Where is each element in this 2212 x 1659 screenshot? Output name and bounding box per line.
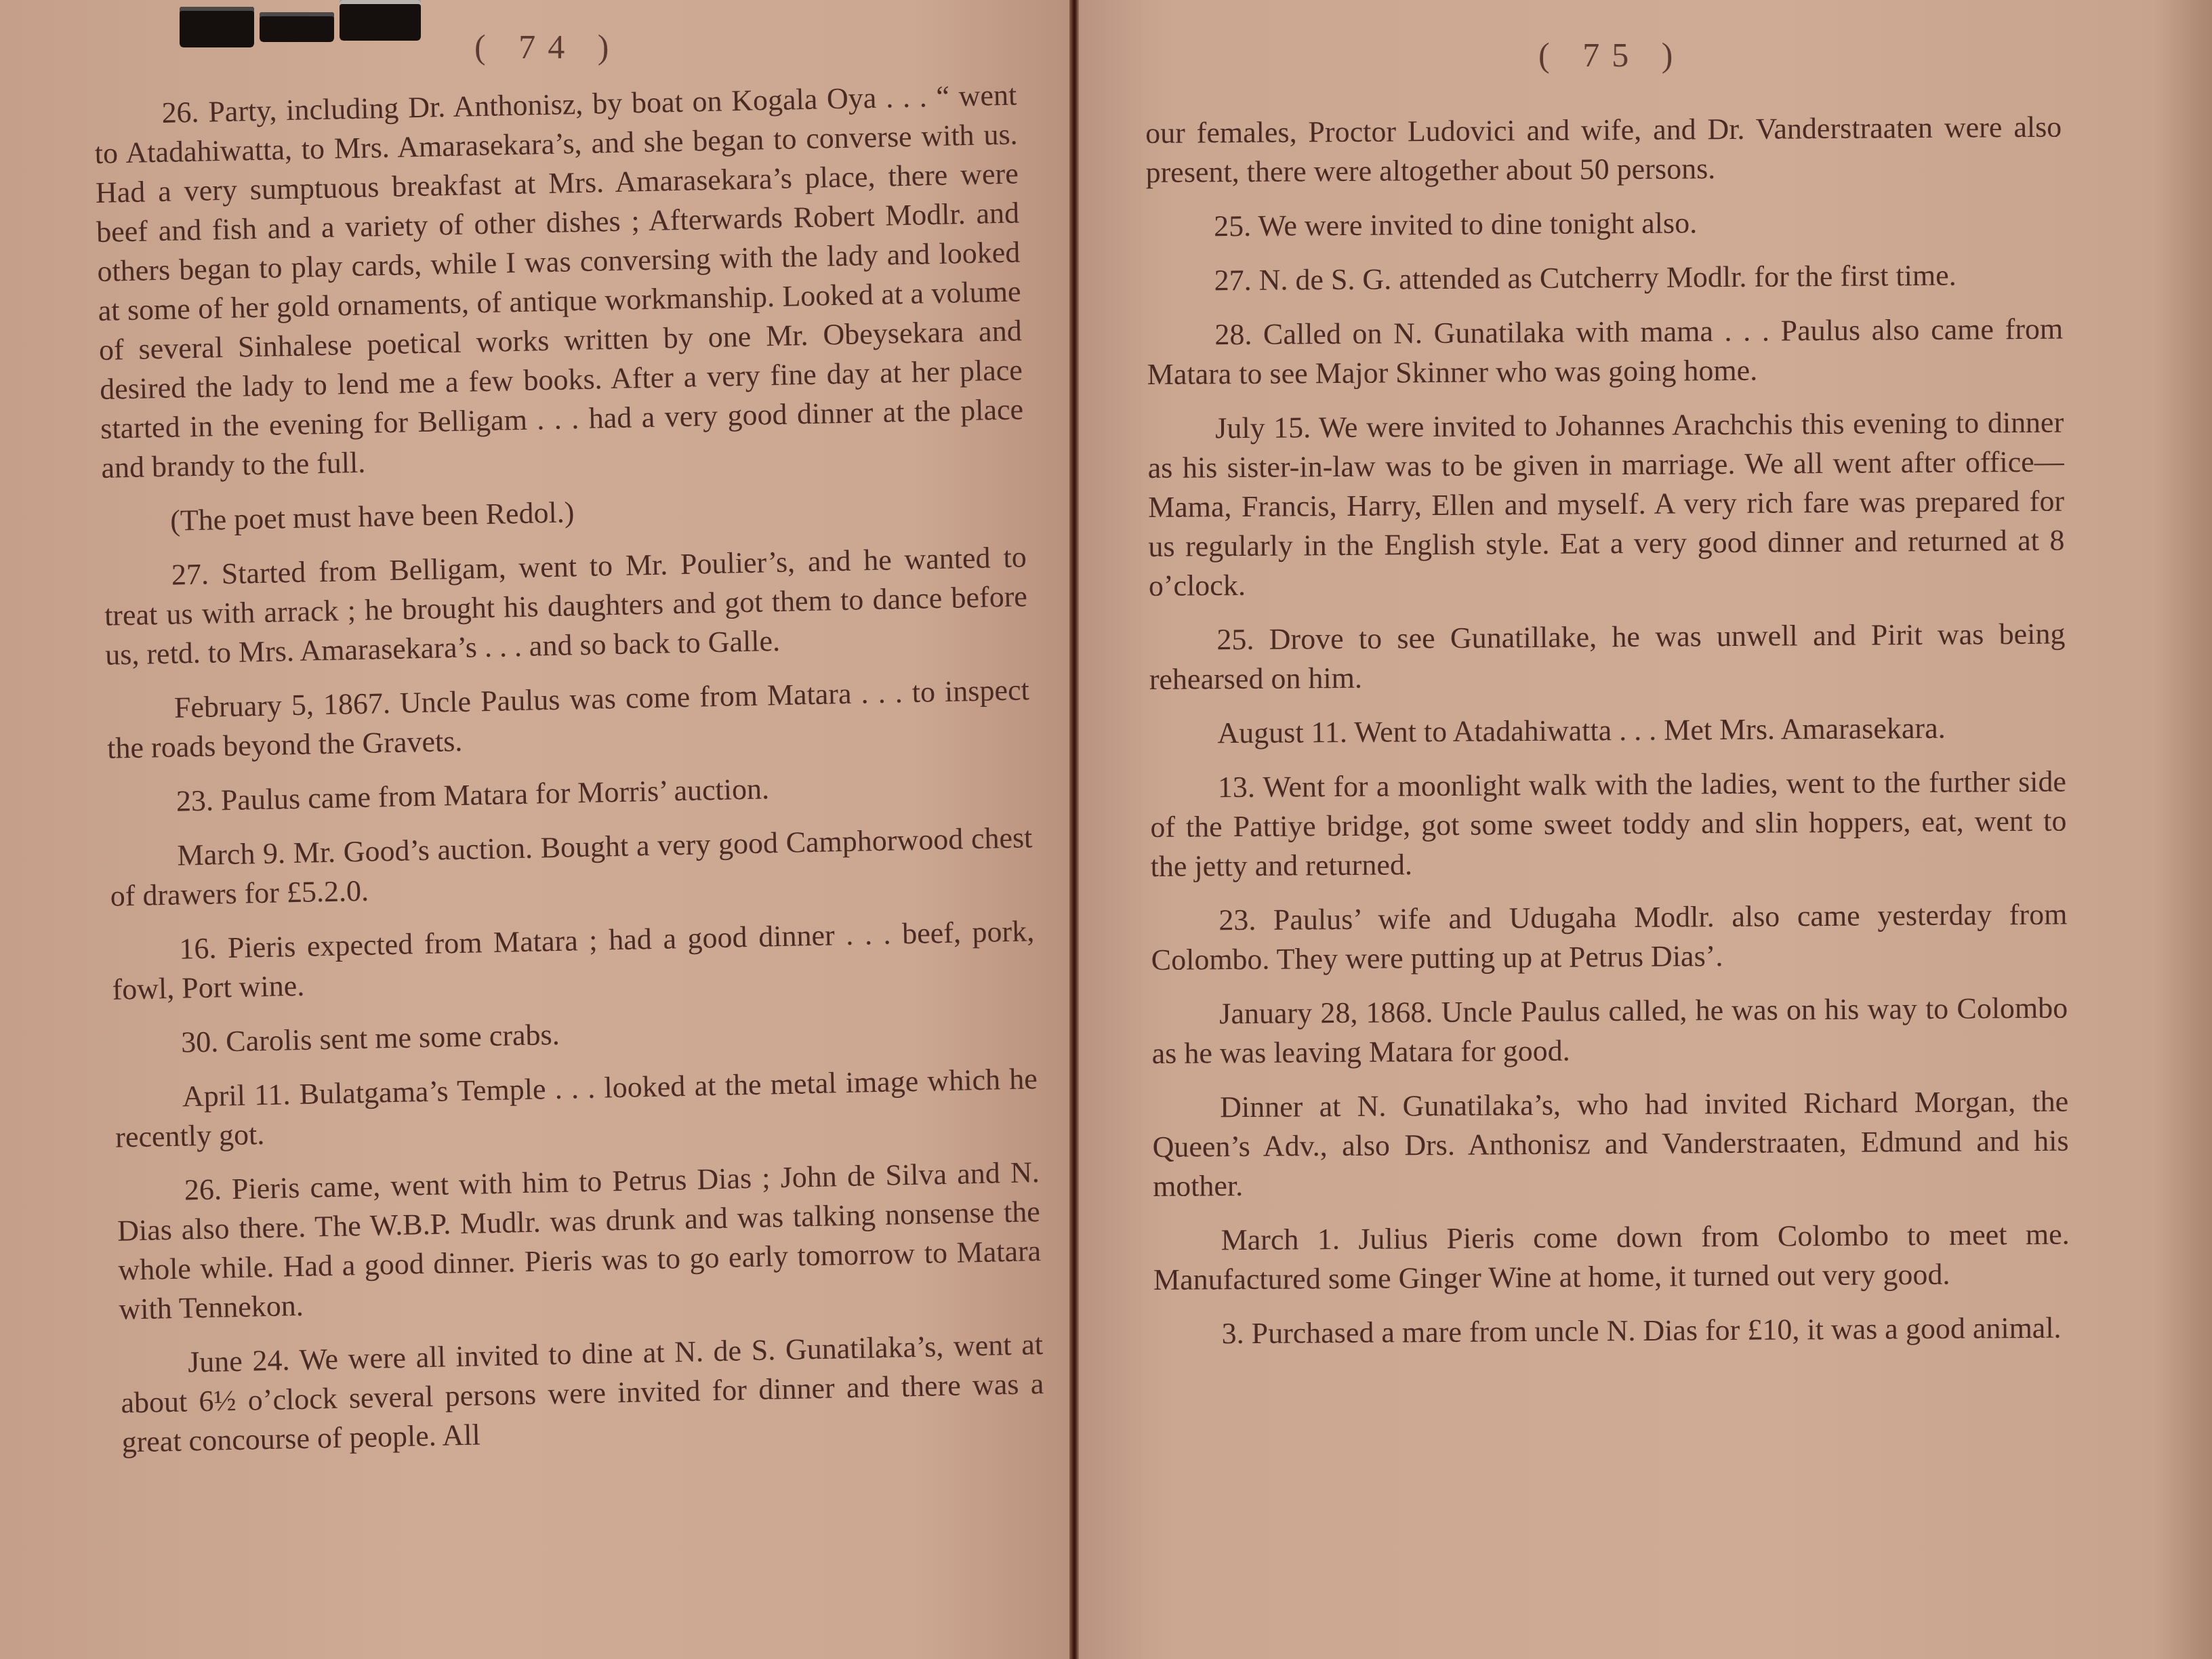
diary-entry: Dinner at N. Gunatilaka’s, who had invit… (1152, 1082, 2069, 1206)
diary-entry: February 5, 1867. Uncle Paulus was come … (106, 670, 1030, 768)
diary-entry: January 28, 1868. Uncle Paulus called, h… (1151, 989, 2068, 1073)
diary-entry: 27. Started from Belligam, went to Mr. P… (103, 537, 1028, 674)
diary-entry: August 11. Went to Atadahiwatta . . . Me… (1149, 708, 2066, 754)
diary-entry: 30. Carolis sent me some crabs. (113, 1005, 1037, 1064)
diary-entry: 26. Party, including Dr. Anthonisz, by b… (94, 75, 1025, 487)
left-page-text: 26. Party, including Dr. Anthonisz, by b… (94, 75, 1045, 1477)
diary-entry: 23. Paulus came from Matara for Morris’ … (108, 764, 1031, 823)
diary-entry: 3. Purchased a mare from uncle N. Dias f… (1153, 1309, 2070, 1354)
diary-entry: 16. Pieris expected from Matara ; had a … (111, 912, 1036, 1009)
book-gutter (1069, 0, 1079, 1659)
left-page: ( 74 ) 26. Party, including Dr. Anthonis… (0, 0, 1073, 1659)
diary-entry-continued: our females, Proctor Ludovici and wife, … (1145, 108, 2062, 192)
diary-entry: 26. Pieris came, went with him to Petrus… (116, 1153, 1042, 1329)
diary-entry: 13. Went for a moonlight walk with the l… (1150, 762, 2067, 886)
page-number-left: ( 74 ) (474, 27, 621, 66)
diary-entry: April 11. Bulatgama’s Temple . . . looke… (114, 1059, 1038, 1157)
diary-entry: 27. N. de S. G. attended as Cutcherry Mo… (1147, 255, 2063, 301)
diary-entry: March 9. Mr. Good’s auction. Bought a ve… (109, 818, 1033, 916)
diary-entry: 28. Called on N. Gunatilaka with mama . … (1147, 310, 2064, 394)
right-page-text: our females, Proctor Ludovici and wife, … (1145, 108, 2070, 1369)
diary-entry: 25. Drove to see Gunatillake, he was unw… (1149, 615, 2066, 699)
diary-entry: 25. We were invited to dine tonight also… (1146, 201, 2062, 247)
diary-entry: 23. Paulus’ wife and Udugaha Modlr. also… (1151, 895, 2068, 980)
diary-entry: July 15. We were invited to Johannes Ara… (1147, 403, 2065, 606)
binder-clip (180, 0, 424, 46)
diary-entry: March 1. Julius Pieris come down from Co… (1153, 1215, 2070, 1300)
page-number-right: ( 75 ) (1538, 35, 1685, 75)
editor-note: (The poet must have been Redol.) (102, 483, 1026, 542)
diary-entry: June 24. We were all invited to dine at … (120, 1325, 1045, 1462)
